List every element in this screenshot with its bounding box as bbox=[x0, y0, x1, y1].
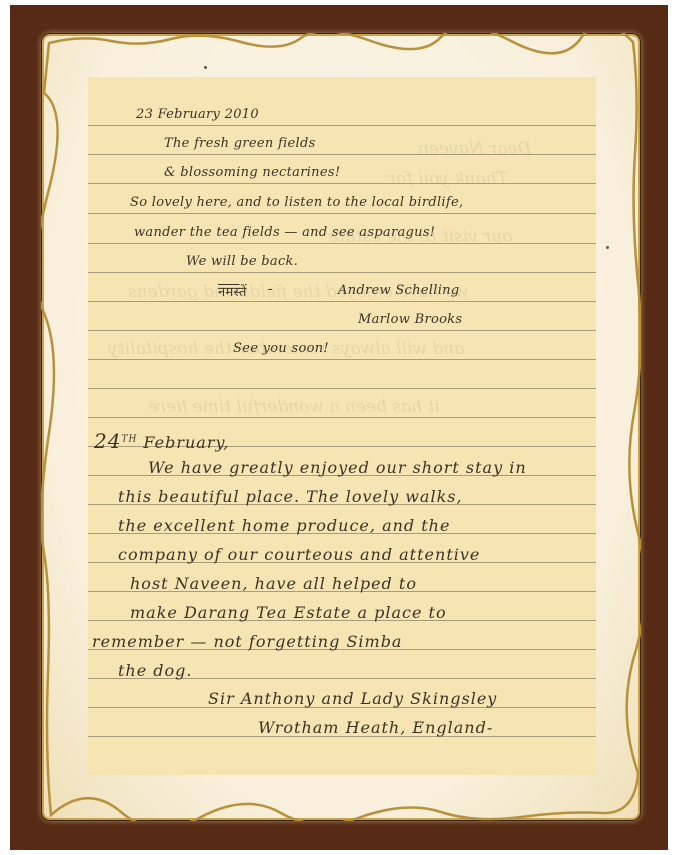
entry2-date-day: 24 bbox=[94, 429, 121, 453]
entry2-line: make Darang Tea Estate a place to bbox=[130, 603, 447, 622]
ruled-line bbox=[88, 243, 596, 244]
entry1-line: We will be back. bbox=[186, 254, 298, 269]
bleed-through-text: Dear Naveen bbox=[418, 139, 531, 159]
ruled-line bbox=[88, 272, 596, 273]
entry1-signature: Marlow Brooks bbox=[358, 312, 462, 327]
entry1-signature: Andrew Schelling bbox=[338, 283, 459, 298]
ruled-line bbox=[88, 125, 596, 126]
ruled-line bbox=[88, 183, 596, 184]
paper-speck bbox=[204, 66, 207, 69]
ruled-line bbox=[88, 359, 596, 360]
entry2-line: this beautiful place. The lovely walks, bbox=[118, 487, 463, 506]
entry2-date-suffix: TH bbox=[121, 435, 137, 445]
ruled-line bbox=[88, 154, 596, 155]
entry1-line: So lovely here, and to listen to the loc… bbox=[130, 195, 463, 210]
ruled-line bbox=[88, 388, 596, 389]
entry2-date: 24TH February, bbox=[94, 429, 229, 453]
entry2-line: We have greatly enjoyed our short stay i… bbox=[148, 458, 527, 477]
entry1-line: wander the tea fields — and see asparagu… bbox=[134, 225, 435, 240]
entry1-line: The fresh green fields bbox=[164, 136, 316, 151]
entry2-line: host Naveen, have all helped to bbox=[130, 574, 417, 593]
entry1-closing: See you soon! bbox=[233, 341, 329, 356]
entry2-location: Wrotham Heath, England- bbox=[258, 718, 493, 737]
bleed-through-text: Thank you for bbox=[388, 169, 508, 189]
ruled-line bbox=[88, 301, 596, 302]
ruled-line bbox=[88, 330, 596, 331]
entry2-line: the excellent home produce, and the bbox=[118, 516, 450, 535]
entry2-line: company of our courteous and attentive bbox=[118, 545, 480, 564]
ruled-line bbox=[88, 417, 596, 418]
entry1-dash: - bbox=[268, 282, 273, 297]
entry1-devanagari-greeting: नमस्ते bbox=[218, 282, 247, 300]
paper-speck bbox=[606, 246, 609, 249]
bleed-through-text: it has been a wonderful time here bbox=[148, 397, 440, 417]
entry2-line: the dog. bbox=[118, 661, 193, 680]
entry1-date: 23 February 2010 bbox=[136, 107, 259, 122]
entry2-date-month: February, bbox=[143, 433, 229, 452]
entry2-signature: Sir Anthony and Lady Skingsley bbox=[208, 689, 497, 708]
entry2-line: remember — not forgetting Simba bbox=[92, 632, 402, 651]
entry1-line: & blossoming nectarines! bbox=[164, 165, 340, 180]
ruled-line bbox=[88, 213, 596, 214]
lined-guestbook-page: Dear Naveen Thank you for our visit to t… bbox=[88, 77, 596, 775]
